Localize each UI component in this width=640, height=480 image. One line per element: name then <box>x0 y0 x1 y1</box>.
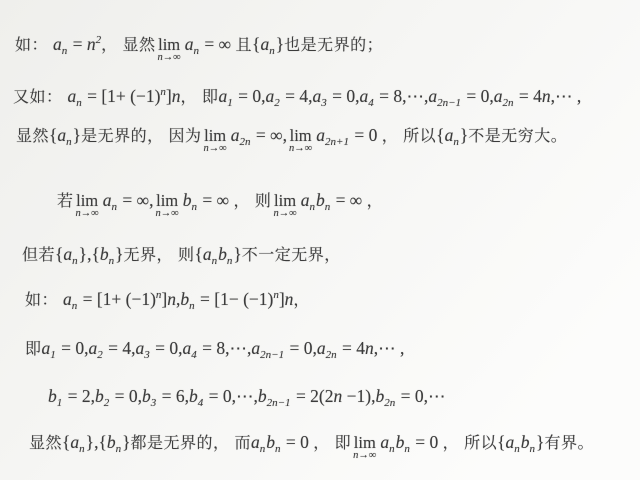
math-roman: = 0, <box>462 86 494 106</box>
math-subscript: n <box>275 443 281 455</box>
math-variable: a <box>380 432 389 452</box>
math-variable: a <box>445 125 454 145</box>
math-variable: b <box>375 386 384 406</box>
limit-operator: limn→∞ <box>158 37 181 63</box>
math-variable: a <box>103 190 112 210</box>
prose-text: 如： <box>15 37 53 54</box>
limit-operator: limn→∞ <box>289 128 312 154</box>
math-line-unbounded-not-infinite: 显然{an}是无界的， 因为limn→∞a2n = ∞,limn→∞a2n+1 … <box>16 122 567 155</box>
math-roman: = 8,⋯, <box>198 338 252 358</box>
math-subscript: n <box>404 443 410 455</box>
math-subscript: 1 <box>227 97 233 109</box>
math-roman: −1), <box>342 386 375 406</box>
math-line-bn-terms-list: b1 = 2,b2 = 0,b3 = 6,b4 = 0,⋯,b2n−1 = 2(… <box>48 383 445 416</box>
math-variable: n <box>167 289 176 309</box>
math-subscript: n <box>514 443 520 455</box>
lim-subscript: n→∞ <box>273 208 296 219</box>
limit-operator: limn→∞ <box>204 128 227 154</box>
limit-operator: limn→∞ <box>353 435 376 461</box>
math-roman: = 0 <box>281 432 313 452</box>
math-subscript: n <box>453 136 459 148</box>
math-roman: = 8,⋯, <box>375 86 429 106</box>
prose-text: 不是无穷大。 <box>468 128 567 145</box>
math-subscript: 4 <box>191 349 197 361</box>
math-line-an-terms-list: 即a1 = 0,a2 = 4,a3 = 0,a4 = 8,⋯,a2n−1 = 0… <box>25 335 404 368</box>
math-variable: a <box>218 86 227 106</box>
math-variable: a <box>260 34 269 54</box>
math-roman: } <box>73 125 81 145</box>
math-roman: = 0, <box>57 338 89 358</box>
math-subscript: 2 <box>274 97 280 109</box>
math-variable: a <box>136 338 145 358</box>
math-variable: b <box>266 432 275 452</box>
prose-text: ， 所以 <box>382 128 436 145</box>
math-subscript: 1 <box>50 349 56 361</box>
prose-text: ， 则 <box>233 193 271 210</box>
math-variable: a <box>317 338 326 358</box>
math-line-final-conclusion: 显然{an},{bn}都是无界的， 而anbn = 0 ， 即limn→∞anb… <box>29 429 594 462</box>
lim-subscript: n→∞ <box>158 52 181 63</box>
math-roman: } <box>122 432 130 452</box>
math-subscript: n <box>192 201 198 213</box>
math-variable: a <box>312 86 321 106</box>
math-roman: = [1+ (−1) <box>83 86 161 106</box>
math-roman: = 0 <box>350 125 382 145</box>
lim-word: lim <box>274 193 296 208</box>
math-variable: b <box>521 432 530 452</box>
math-variable: n <box>365 338 374 358</box>
math-subscript: n <box>109 255 115 267</box>
math-variable: b <box>258 386 267 406</box>
prose-text: 若 <box>57 193 74 210</box>
math-subscript: 2n−1 <box>437 97 461 109</box>
math-roman: = 0, <box>151 338 183 358</box>
math-subscript: 2 <box>97 349 103 361</box>
math-variable: n <box>172 86 181 106</box>
prose-text: ， <box>293 292 310 309</box>
prose-text: 显然 <box>16 128 49 145</box>
math-line-product-of-infinities: 若limn→∞an = ∞,limn→∞bn = ∞ ， 则limn→∞anbn… <box>57 187 383 220</box>
math-roman: = 4 <box>338 338 365 358</box>
prose-text: ， 即 <box>313 435 351 452</box>
math-variable: a <box>70 432 79 452</box>
math-variable: a <box>231 125 240 145</box>
math-subscript: n <box>76 97 82 109</box>
math-subscript: n <box>260 443 266 455</box>
math-roman: = 0, <box>234 86 266 106</box>
math-variable: n <box>542 86 551 106</box>
lim-word: lim <box>354 435 376 450</box>
math-variable: a <box>57 125 66 145</box>
prose-text: 如： <box>25 292 63 309</box>
math-roman: } <box>233 244 241 264</box>
math-variable: a <box>203 244 212 264</box>
math-roman: = <box>68 34 87 54</box>
math-roman: = ∞, <box>118 190 153 210</box>
prose-text: ， 所以 <box>443 435 497 452</box>
math-subscript: 2 <box>104 397 110 409</box>
math-line-product-not-necessarily-unbounded: 但若{an},{bn}无界， 则{anbn}不一定无界， <box>22 241 341 274</box>
math-variable: b <box>48 386 57 406</box>
lim-subscript: n→∞ <box>156 208 179 219</box>
limit-operator: limn→∞ <box>273 193 296 219</box>
math-subscript: n <box>116 443 122 455</box>
math-line-an-bn-definitions: 如： an = [1+ (−1)n]n,bn = [1− (−1)n]n， <box>25 282 310 319</box>
lim-word: lim <box>76 193 98 208</box>
math-subscript: 3 <box>144 349 150 361</box>
math-variable: a <box>506 432 515 452</box>
math-roman: = 0, <box>328 86 360 106</box>
lim-subscript: n→∞ <box>289 143 312 154</box>
scanned-math-notes-page: 如： an = n2， 显然limn→∞an = ∞ 且{an}也是无界的； 又… <box>0 0 640 480</box>
math-subscript: n <box>79 443 85 455</box>
math-subscript: n <box>72 300 78 312</box>
math-subscript: n <box>530 443 536 455</box>
prose-text: 但若 <box>22 247 55 264</box>
math-subscript: 2n−1 <box>267 397 291 409</box>
lim-word: lim <box>204 128 226 143</box>
math-roman: = 0,⋯ <box>396 386 445 406</box>
lim-word: lim <box>158 37 180 52</box>
prose-text: 无界， 则 <box>124 247 195 264</box>
math-variable: a <box>251 338 260 358</box>
math-variable: b <box>316 190 325 210</box>
math-variable: a <box>428 86 437 106</box>
math-variable: b <box>100 244 109 264</box>
math-subscript: n <box>189 300 195 312</box>
math-variable: a <box>359 86 368 106</box>
math-variable: b <box>95 386 104 406</box>
math-variable: a <box>63 289 72 309</box>
math-subscript: 2n+1 <box>325 136 349 148</box>
math-roman: = 0,⋯, <box>204 386 258 406</box>
math-roman: = 4 <box>515 86 542 106</box>
math-subscript: n <box>62 45 68 57</box>
math-subscript: n <box>389 443 395 455</box>
math-variable: a <box>494 86 503 106</box>
prose-text: ， 显然 <box>101 37 155 54</box>
math-line-example-an-n-squared: 如： an = n2， 显然limn→∞an = ∞ 且{an}也是无界的； <box>15 27 383 64</box>
math-roman: = [1+ (−1) <box>78 289 156 309</box>
math-roman: { <box>194 244 202 264</box>
prose-text: 即 <box>25 341 42 358</box>
math-variable: a <box>67 86 76 106</box>
math-roman: } <box>276 34 284 54</box>
math-subscript: n <box>112 201 118 213</box>
prose-text: 是无界的， 因为 <box>81 128 201 145</box>
math-roman: = 2(2 <box>292 386 334 406</box>
math-variable: b <box>107 432 116 452</box>
math-variable: b <box>180 289 189 309</box>
limit-operator: limn→∞ <box>76 193 99 219</box>
math-variable: a <box>265 86 274 106</box>
math-roman: = ∞ <box>331 190 366 210</box>
prose-text: ， <box>367 193 384 210</box>
math-roman: ,⋯ , <box>551 86 582 106</box>
math-subscript: 1 <box>57 397 63 409</box>
math-subscript: 4 <box>198 397 204 409</box>
math-subscript: n <box>66 136 72 148</box>
math-subscript: 2n <box>384 397 395 409</box>
math-roman: = [1− (−1) <box>196 289 274 309</box>
math-variable: a <box>53 34 62 54</box>
lim-word: lim <box>290 128 312 143</box>
math-roman: = 2, <box>63 386 95 406</box>
math-subscript: n <box>194 45 200 57</box>
math-roman: = 0, <box>110 386 142 406</box>
math-subscript: 3 <box>151 397 157 409</box>
math-line-example-an-alternating: 又如： an = [1+ (−1)n]n， 即a1 = 0,a2 = 4,a3 … <box>13 79 581 116</box>
math-variable: a <box>251 432 260 452</box>
math-variable: a <box>89 338 98 358</box>
math-variable: a <box>183 338 192 358</box>
math-roman: } <box>115 244 123 264</box>
math-subscript: n <box>72 255 78 267</box>
prose-text: 有界。 <box>544 435 594 452</box>
math-roman: = ∞ <box>200 34 235 54</box>
math-variable: b <box>142 386 151 406</box>
math-subscript: n <box>309 201 315 213</box>
prose-text: 又如： <box>13 89 67 106</box>
math-variable: a <box>63 244 72 264</box>
lim-subscript: n→∞ <box>353 450 376 461</box>
lim-subscript: n→∞ <box>76 208 99 219</box>
prose-text: 显然 <box>29 435 62 452</box>
math-roman: { <box>436 125 444 145</box>
math-roman: = ∞, <box>252 125 287 145</box>
math-roman: = 0, <box>285 338 317 358</box>
prose-text: 也是无界的； <box>284 37 383 54</box>
math-variable: b <box>189 386 198 406</box>
math-variable: a <box>42 338 51 358</box>
math-roman: },{ <box>79 244 100 264</box>
math-subscript: 2n <box>240 136 251 148</box>
math-subscript: n <box>212 255 218 267</box>
math-variable: b <box>183 190 192 210</box>
math-roman: ,⋯ , <box>374 338 405 358</box>
math-subscript: 2n−1 <box>260 349 284 361</box>
math-variable: b <box>218 244 227 264</box>
prose-text: 且 <box>236 37 253 54</box>
math-roman: = 4, <box>281 86 313 106</box>
math-variable: a <box>185 34 194 54</box>
math-roman: = 0 <box>411 432 443 452</box>
lim-subscript: n→∞ <box>204 143 227 154</box>
math-subscript: 2n <box>503 97 514 109</box>
math-subscript: n <box>325 201 331 213</box>
math-variable: a <box>316 125 325 145</box>
lim-word: lim <box>156 193 178 208</box>
math-variable: n <box>87 34 96 54</box>
math-roman: = 4, <box>104 338 136 358</box>
prose-text: 都是无界的， 而 <box>131 435 251 452</box>
math-roman: { <box>497 432 505 452</box>
math-variable: n <box>334 386 343 406</box>
math-roman: } <box>460 125 468 145</box>
math-subscript: 3 <box>321 97 327 109</box>
prose-text: 不一定无界， <box>242 247 341 264</box>
math-subscript: n <box>269 45 275 57</box>
prose-text: ， 即 <box>181 89 219 106</box>
math-roman: = 6, <box>157 386 189 406</box>
math-roman: = ∞ <box>198 190 233 210</box>
math-roman: },{ <box>86 432 107 452</box>
math-subscript: 2n <box>326 349 337 361</box>
math-subscript: n <box>227 255 233 267</box>
limit-operator: limn→∞ <box>156 193 179 219</box>
math-subscript: 4 <box>368 97 374 109</box>
